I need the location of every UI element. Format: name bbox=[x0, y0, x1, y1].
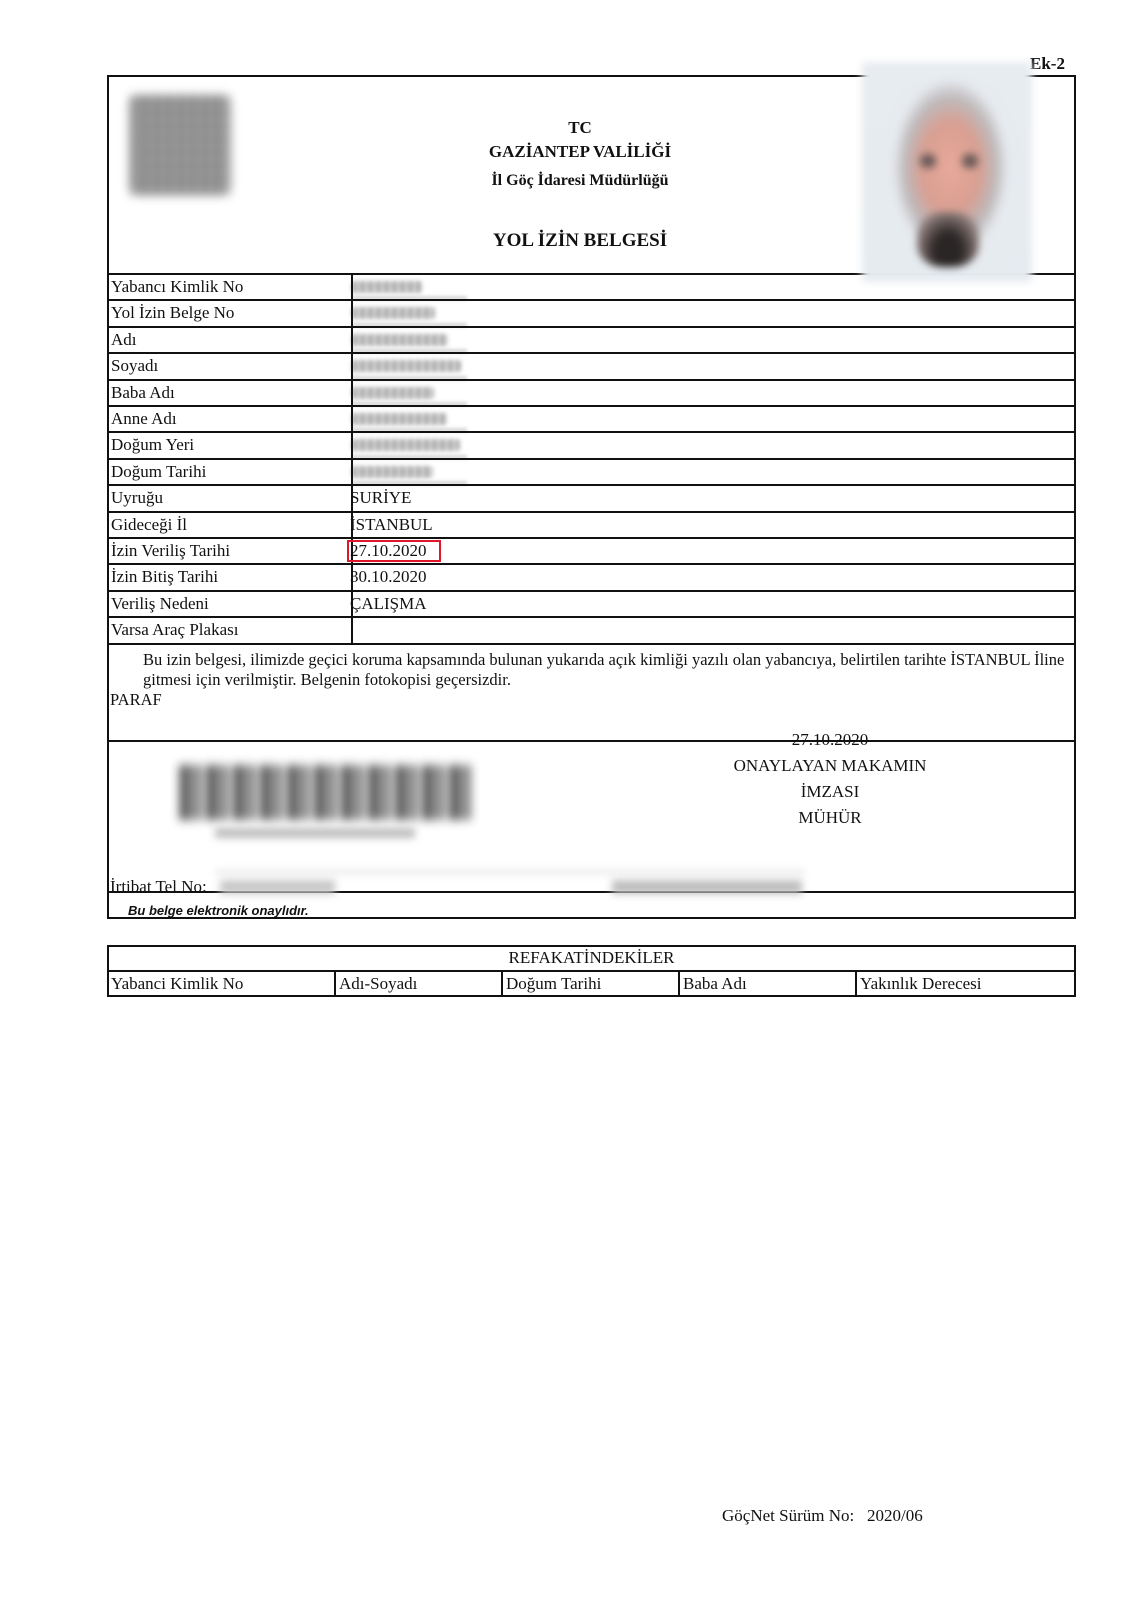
version-label: GöçNet Sürüm No: bbox=[722, 1506, 854, 1525]
field-value: 30.10.2020 bbox=[350, 564, 427, 590]
field-value: SURİYE bbox=[350, 485, 411, 511]
field-label: Varsa Araç Plakası bbox=[111, 617, 238, 643]
barcode-redacted bbox=[180, 765, 470, 820]
electronic-approval-note: Bu belge elektronik onaylıdır. bbox=[128, 903, 309, 918]
version-number: 2020/06 bbox=[867, 1506, 923, 1525]
contact-label: İrtibat Tel No: bbox=[110, 877, 207, 897]
highlight-box bbox=[347, 540, 441, 562]
companions-column-divider bbox=[855, 970, 857, 996]
field-value: ÇALIŞMA bbox=[350, 591, 427, 617]
companions-column-header: Yabanci Kimlik No bbox=[111, 972, 243, 996]
approval-date: 27.10.2020 bbox=[700, 730, 960, 750]
header-directorate: İl Göç İdaresi Müdürlüğü bbox=[360, 172, 800, 190]
statement-text: Bu izin belgesi, ilimizde geçici koruma … bbox=[110, 650, 1070, 690]
row-divider bbox=[107, 616, 1076, 618]
header-country: TC bbox=[360, 118, 800, 138]
row-divider bbox=[107, 484, 1076, 486]
row-divider bbox=[107, 352, 1076, 354]
field-value-redacted bbox=[352, 413, 447, 425]
barcode-text-redacted bbox=[215, 828, 415, 838]
row-divider bbox=[107, 299, 1076, 301]
column-divider bbox=[351, 273, 353, 643]
field-label: İzin Veriliş Tarihi bbox=[111, 538, 230, 564]
companions-column-divider bbox=[501, 970, 503, 996]
qr-code-redacted bbox=[130, 95, 230, 195]
contact-blur-overlay bbox=[215, 868, 805, 876]
field-label: Baba Adı bbox=[111, 380, 175, 406]
field-value-redacted bbox=[352, 466, 433, 478]
approval-seal: MÜHÜR bbox=[700, 808, 960, 828]
field-label: Soyadı bbox=[111, 353, 158, 379]
field-value: İSTANBUL bbox=[350, 512, 433, 538]
row-divider bbox=[107, 379, 1076, 381]
contact-phone-redacted bbox=[220, 880, 335, 894]
companions-column-header: Yakınlık Derecesi bbox=[860, 972, 982, 996]
companions-column-divider bbox=[334, 970, 336, 996]
version-footer: GöçNet Sürüm No: 2020/06 bbox=[722, 1506, 923, 1526]
row-divider bbox=[107, 563, 1076, 565]
row-divider bbox=[107, 511, 1076, 513]
companions-column-divider bbox=[678, 970, 680, 996]
row-divider bbox=[107, 590, 1076, 592]
row-divider bbox=[107, 405, 1076, 407]
document-title: YOL İZİN BELGESİ bbox=[360, 230, 800, 252]
companions-column-header: Doğum Tarihi bbox=[506, 972, 601, 996]
field-label: Veriliş Nedeni bbox=[111, 591, 209, 617]
field-label: Anne Adı bbox=[111, 406, 177, 432]
row-divider bbox=[107, 643, 1076, 645]
field-value-redacted bbox=[352, 334, 448, 346]
field-label: Yabancı Kimlik No bbox=[111, 274, 243, 300]
companions-title: REFAKATİNDEKİLER bbox=[107, 948, 1076, 968]
row-divider bbox=[107, 458, 1076, 460]
approval-signature: İMZASI bbox=[700, 782, 960, 802]
field-value-redacted bbox=[352, 281, 422, 293]
annex-label: Ek-2 bbox=[1030, 54, 1065, 74]
header-governorship: GAZİANTEP VALİLİĞİ bbox=[360, 142, 800, 162]
paraf-label: PARAF bbox=[110, 690, 1070, 710]
field-label: Uyruğu bbox=[111, 485, 163, 511]
companions-column-header: Adı-Soyadı bbox=[339, 972, 417, 996]
row-divider bbox=[107, 431, 1076, 433]
field-label: İzin Bitiş Tarihi bbox=[111, 564, 218, 590]
photo-redacted bbox=[862, 62, 1032, 282]
field-value-redacted bbox=[352, 360, 461, 372]
field-label: Yol İzin Belge No bbox=[111, 300, 234, 326]
companions-column-header: Baba Adı bbox=[683, 972, 747, 996]
field-value-redacted bbox=[352, 307, 435, 319]
field-value-redacted bbox=[352, 439, 460, 451]
field-label: Doğum Yeri bbox=[111, 432, 194, 458]
row-divider bbox=[107, 537, 1076, 539]
field-label: Gideceği İl bbox=[111, 512, 187, 538]
field-label: Adı bbox=[111, 327, 137, 353]
row-divider bbox=[107, 326, 1076, 328]
approval-authority: ONAYLAYAN MAKAMIN bbox=[700, 756, 960, 776]
field-label: Doğum Tarihi bbox=[111, 459, 206, 485]
contact-phone2-redacted bbox=[612, 880, 802, 894]
statement-block: Bu izin belgesi, ilimizde geçici koruma … bbox=[110, 650, 1070, 710]
field-value-redacted bbox=[352, 387, 434, 399]
